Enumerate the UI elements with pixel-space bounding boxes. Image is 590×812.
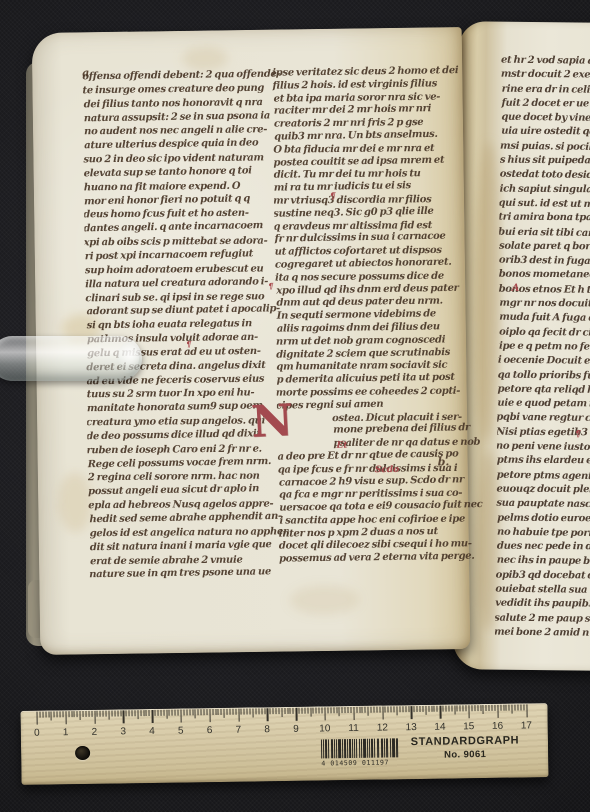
ruler-tick	[232, 709, 233, 715]
ruler-tick	[221, 709, 222, 715]
ruler-number: 0	[29, 728, 45, 739]
ruler-number: 7	[230, 725, 246, 736]
ruler-tick	[347, 707, 348, 713]
ruler-tick	[460, 705, 461, 711]
ruler-tick	[316, 708, 317, 714]
ruler-tick	[428, 706, 429, 712]
ruler-tick	[399, 706, 400, 712]
ruler-tick	[443, 706, 444, 712]
ruler-number: 2	[86, 727, 102, 738]
ruler-tick	[480, 705, 481, 711]
ruler-tick	[503, 705, 504, 711]
ruler-tick	[275, 708, 276, 714]
ruler-tick	[373, 707, 374, 713]
ruler-number: 11	[345, 723, 361, 734]
ruler-tick	[163, 710, 164, 716]
ruler-tick	[117, 710, 118, 716]
ruler-tick	[293, 708, 294, 714]
manuscript-line: mgr nr nos docuit qb	[499, 297, 590, 312]
manuscript-line: opib3 qd docebat d	[496, 568, 590, 583]
ruler-tick	[114, 711, 115, 717]
ruler-tick	[431, 706, 432, 712]
ruler-tick	[304, 708, 305, 714]
ruler-tick	[284, 708, 285, 714]
ruler-tick	[345, 707, 346, 713]
ruler-tick	[143, 710, 144, 716]
ruler-tick	[365, 707, 366, 713]
ruler-tick	[307, 708, 308, 714]
ruler-tick	[342, 707, 343, 713]
ruler-tick	[140, 710, 141, 716]
ruler-tick	[198, 709, 199, 715]
ruler-tick	[322, 707, 323, 713]
ruler-tick	[477, 705, 478, 711]
ruler-tick	[94, 711, 96, 724]
manuscript-line: uia uire ostedit qda	[501, 125, 590, 140]
ruler-hanging-hole	[75, 746, 90, 760]
manuscript-line: et hr 2 vod sapia qua	[501, 54, 590, 69]
barcode-digits: 4 014509 011197	[321, 758, 407, 767]
ruler-tick	[39, 712, 40, 718]
ruler-tick	[287, 708, 288, 714]
ruler-tick	[91, 711, 92, 717]
ruler-tick	[68, 711, 69, 717]
ruler-number: 12	[374, 722, 390, 733]
right-page-rubric-marks: A¶	[459, 21, 590, 23]
ruler-tick	[100, 711, 101, 717]
ruler-tick	[123, 710, 125, 723]
ruler-number: 14	[432, 722, 448, 733]
ruler-number: 6	[202, 725, 218, 736]
ruler-tick	[206, 709, 207, 715]
ruler-tick	[267, 708, 269, 721]
glass-page-weight	[0, 336, 142, 381]
ruler-tick	[108, 711, 109, 720]
ruler-tick	[339, 707, 340, 716]
ruler-tick	[192, 709, 193, 715]
ruler-tick	[497, 705, 499, 718]
rubric-mark: Et	[336, 442, 347, 451]
ruler-tick	[229, 709, 230, 715]
manuscript-line: sua pauptate nasci a b	[496, 497, 590, 513]
ruler-tick	[474, 705, 475, 711]
ruler-tick	[48, 711, 49, 717]
ruler-tick	[65, 711, 67, 724]
ruler-tick	[278, 708, 279, 714]
manuscript-line: qa tollo prioribs fuit	[498, 368, 590, 383]
ruler-tick	[414, 706, 415, 712]
manuscript-line: hedit sed seme abrahe apphendit an-	[89, 510, 289, 527]
ruler-tick	[60, 711, 61, 717]
ruler-tick	[500, 705, 501, 711]
ruler-tick	[178, 710, 179, 716]
ruler-tick	[402, 706, 403, 712]
ruler-tick	[411, 706, 413, 719]
barcode-gap	[398, 738, 399, 757]
ruler-tick	[195, 709, 196, 718]
ruler-tick	[437, 706, 438, 712]
manuscript-line: bui eria sit tibi cara	[498, 225, 590, 241]
ruler-tick	[408, 706, 409, 712]
wooden-ruler: 01234567891011121314151617 4 014509 0111…	[20, 703, 548, 785]
manuscript-line: vedidit ihs paupib3	[495, 597, 590, 612]
ruler-tick	[74, 711, 75, 717]
ruler-tick	[336, 707, 337, 713]
ruler-number: 17	[518, 720, 534, 731]
ruler-tick	[382, 707, 384, 720]
manuscript-line: solate paret q bori sap	[499, 240, 590, 255]
ruler-tick	[204, 709, 205, 715]
manuscript-line: uie e quod petam i	[497, 397, 590, 412]
ruler-tick	[376, 707, 377, 713]
ruler-tick	[183, 709, 184, 715]
ruler-tick	[120, 710, 121, 716]
ruler-tick	[313, 708, 314, 714]
ruler-tick	[71, 711, 72, 717]
ruler-tick	[235, 709, 236, 715]
ruler-tick	[77, 711, 78, 717]
barcode-bars	[321, 738, 407, 758]
ruler-tick	[137, 710, 138, 719]
ruler-tick	[405, 706, 406, 712]
ruler-tick	[368, 707, 369, 716]
ruler-tick	[244, 709, 245, 715]
ruler-tick	[189, 709, 190, 715]
ruler-tick	[129, 710, 130, 716]
manuscript-line: oiplo qa fecit dr cipes	[499, 325, 590, 340]
ruler-tick	[111, 711, 112, 717]
manuscript-line: a deo pre Et dr nr qtue de causis po	[278, 448, 486, 465]
ruler-tick	[471, 705, 472, 711]
ruler-tick	[526, 704, 528, 717]
ruler-tick	[85, 711, 86, 717]
ruler-tick	[310, 708, 311, 717]
ruler-tick	[417, 706, 418, 712]
ruler-tick	[457, 705, 458, 711]
ruler-tick	[227, 709, 228, 715]
ruler-tick	[212, 709, 213, 715]
ruler-tick	[359, 707, 360, 713]
ruler-tick	[180, 710, 182, 723]
ruler-tick	[160, 710, 161, 716]
ruler-tick	[224, 709, 225, 718]
ruler-tick	[391, 706, 392, 712]
manuscript-line: possemus ad vera 2 eterna vita perge.	[279, 551, 487, 567]
ruler-tick	[42, 712, 43, 718]
ruler-tick	[252, 708, 253, 717]
ruler-tick	[419, 706, 420, 712]
left-text-column: offensa offendi debent: 2 qua offende-te…	[82, 68, 289, 591]
ruler-tick	[241, 709, 242, 715]
ruler-brand-name: STANDARDGRAPH	[401, 734, 529, 748]
ruler-number: 4	[144, 726, 160, 737]
manuscript-line: euouqz docuit pleb que	[496, 483, 590, 498]
manuscript-line: mstr docuit 2 exeplo n	[501, 68, 590, 83]
ruler-tick	[379, 707, 380, 713]
manuscript-line: pelms dotio euroe po	[497, 511, 590, 526]
manuscript-line: salute 2 me paup s	[495, 611, 590, 626]
right-text-column: ipse veritatez sic deus 2 homo et deifil…	[272, 65, 487, 578]
parchment-stain	[182, 46, 228, 71]
ruler-tick	[523, 704, 524, 710]
ruler-tick	[157, 710, 158, 716]
ruler-tick	[261, 708, 262, 714]
ruler-tick	[454, 705, 455, 714]
ruler-tick	[299, 708, 300, 714]
manuscript-line: ri post xpi incarnacoem refugiut	[85, 247, 285, 264]
ruler-tick	[270, 708, 271, 714]
ruler-number: 1	[58, 727, 74, 738]
manuscript-line: ipe e q petm no fecit n	[499, 340, 590, 355]
rubric-mark: ¶	[575, 430, 581, 439]
ruler-tick	[520, 704, 521, 710]
ruler-tick	[422, 706, 423, 712]
ruler-tick	[218, 709, 219, 715]
rubric-mark: Scdo	[375, 466, 399, 475]
ruler-tick	[186, 709, 187, 715]
ruler-tick	[132, 710, 133, 716]
manuscript-line: dues nec pede in diui	[497, 540, 590, 555]
glass-rod-tip	[117, 343, 139, 373]
ruler-tick	[97, 711, 98, 717]
ruler-tick	[215, 709, 216, 715]
manuscript-photo: et hr 2 vod sapia quamstr docuit 2 exepl…	[0, 0, 590, 812]
ruler-tick	[296, 708, 298, 721]
ruler-tick	[489, 705, 490, 711]
ruler-tick	[396, 706, 397, 715]
manuscript-line: i oecenie Docuit etia fi	[498, 354, 590, 370]
ruler-tick	[445, 706, 446, 712]
ruler-number: 3	[115, 726, 131, 737]
ruler-tick	[324, 707, 326, 720]
manuscript-line: sustine neq3. Sic g0 p3 qlie ille	[273, 205, 481, 222]
ruler-tick	[330, 707, 331, 713]
ruler-number: 10	[317, 723, 333, 734]
ruler-tick	[238, 709, 240, 722]
ruler-tick	[201, 709, 202, 715]
manuscript-line: bonos mometaneo3o	[499, 268, 590, 283]
ruler-tick	[512, 705, 513, 714]
manuscript-line: s hius sit puipedae de	[500, 154, 590, 169]
ruler-tick	[483, 705, 484, 714]
ruler-tick	[62, 711, 63, 717]
ruler-tick	[166, 710, 167, 719]
ruler-tick	[250, 708, 251, 714]
manuscript-line: nature sue in qm tres psone una ue	[89, 565, 289, 582]
ruler-tick	[247, 709, 248, 715]
manuscript-line: fuit 2 docet er ue aie	[501, 97, 590, 112]
rubric-mark: A	[512, 284, 520, 294]
manuscript-line: elevata sup se tanto honore q toi	[84, 164, 284, 181]
manuscript-line: ich sapiut singulaq3 ut	[500, 182, 590, 197]
rubric-mark: ¶	[268, 282, 273, 290]
ruler-tick	[51, 711, 52, 720]
ruler-tick	[54, 711, 55, 717]
manuscript-line: nec ihs in paupe bue	[497, 554, 590, 570]
ruler-tick	[290, 708, 291, 714]
ruler-tick	[146, 710, 147, 716]
ruler-tick	[169, 710, 170, 716]
manuscript-line: cipes regni sui amen	[276, 397, 484, 413]
ruler-tick	[172, 710, 173, 716]
ruler-number: 5	[173, 725, 189, 736]
ruler-tick	[209, 709, 211, 722]
ruler-tick	[371, 707, 372, 713]
ruler-tick	[350, 707, 351, 713]
ruler-tick	[264, 708, 265, 714]
ruler-tick	[327, 707, 328, 713]
manuscript-line: ptms ihs elardeu e ani	[497, 454, 590, 469]
ruler-model-number: No. 9061	[401, 748, 529, 761]
ruler-tick	[333, 707, 334, 713]
ruler-tick	[506, 705, 507, 711]
ruler-tick	[319, 707, 320, 713]
ruler-tick	[106, 711, 107, 717]
ruler-tick	[88, 711, 89, 717]
manuscript-line: illa natura uel creatura adorando i-	[85, 275, 285, 292]
ruler-tick	[155, 710, 156, 716]
ruler-number: 8	[259, 724, 275, 735]
ruler-tick	[83, 711, 84, 717]
ruler-tick	[126, 710, 127, 716]
ruler-tick	[258, 708, 259, 714]
ruler-tick	[103, 711, 104, 717]
ruler-barcode: 4 014509 011197	[321, 738, 407, 771]
rubric-mark: ¶	[186, 340, 191, 348]
ruler-tick	[463, 705, 464, 711]
manuscript-line: mei bone 2 amid n	[495, 626, 590, 641]
ruler-tick	[175, 710, 176, 716]
manuscript-line: muda fuit A fuga em	[499, 311, 590, 327]
ruler-tick	[515, 705, 516, 711]
ruler-tick	[448, 706, 449, 712]
ruler-tick	[80, 711, 81, 720]
ruler-tick	[281, 708, 282, 717]
ruler-tick	[362, 707, 363, 713]
ruler-tick	[509, 705, 510, 711]
ruler-tick	[255, 708, 256, 714]
ruler-tick	[301, 708, 302, 714]
ruler-tick	[466, 705, 467, 711]
ruler-tick	[451, 706, 452, 712]
manuscript-line: dit sit natura inani i maria vgie que	[90, 537, 290, 554]
ruler-tick	[152, 710, 154, 723]
ruler-tick	[36, 712, 38, 725]
ruler-tick	[440, 706, 442, 719]
rubric-mark: ¶	[330, 193, 336, 202]
ruler-tick	[353, 707, 355, 720]
ruler-tick	[394, 706, 395, 712]
ruler-brand-block: STANDARDGRAPH No. 9061	[401, 734, 529, 761]
rubricated-initial-N: N	[250, 398, 294, 444]
ruler-tick	[134, 710, 135, 716]
ruler-number: 16	[489, 721, 505, 732]
ruler-tick	[486, 705, 487, 711]
manuscript-line: ostedat toto desidao e	[500, 168, 590, 184]
manuscript-line: rine era dr in celib3	[502, 82, 590, 98]
ruler-number: 9	[288, 724, 304, 735]
ruler-tick	[517, 705, 518, 711]
ruler-number: 15	[461, 721, 477, 732]
ruler-tick	[388, 706, 389, 712]
ruler-tick	[494, 705, 495, 711]
manuscript-line: tri amira bona tpalia	[498, 211, 590, 226]
ruler-tick	[356, 707, 357, 713]
ruler-tick	[385, 706, 386, 712]
parchment-stain	[289, 585, 359, 616]
ruler-tick	[57, 711, 58, 717]
right-page-text-column: et hr 2 vod sapia quamstr docuit 2 exepl…	[495, 54, 590, 663]
ruler-tick	[273, 708, 274, 714]
ruler-tick	[149, 710, 150, 716]
ruler-number: 13	[403, 722, 419, 733]
ruler-tick	[45, 712, 46, 718]
ruler-tick	[468, 705, 470, 718]
ruler-tick	[425, 706, 426, 715]
ruler-tick	[434, 706, 435, 712]
manuscript-line: pqbi vane regtur celo	[496, 411, 590, 427]
ruler-tick	[491, 705, 492, 711]
